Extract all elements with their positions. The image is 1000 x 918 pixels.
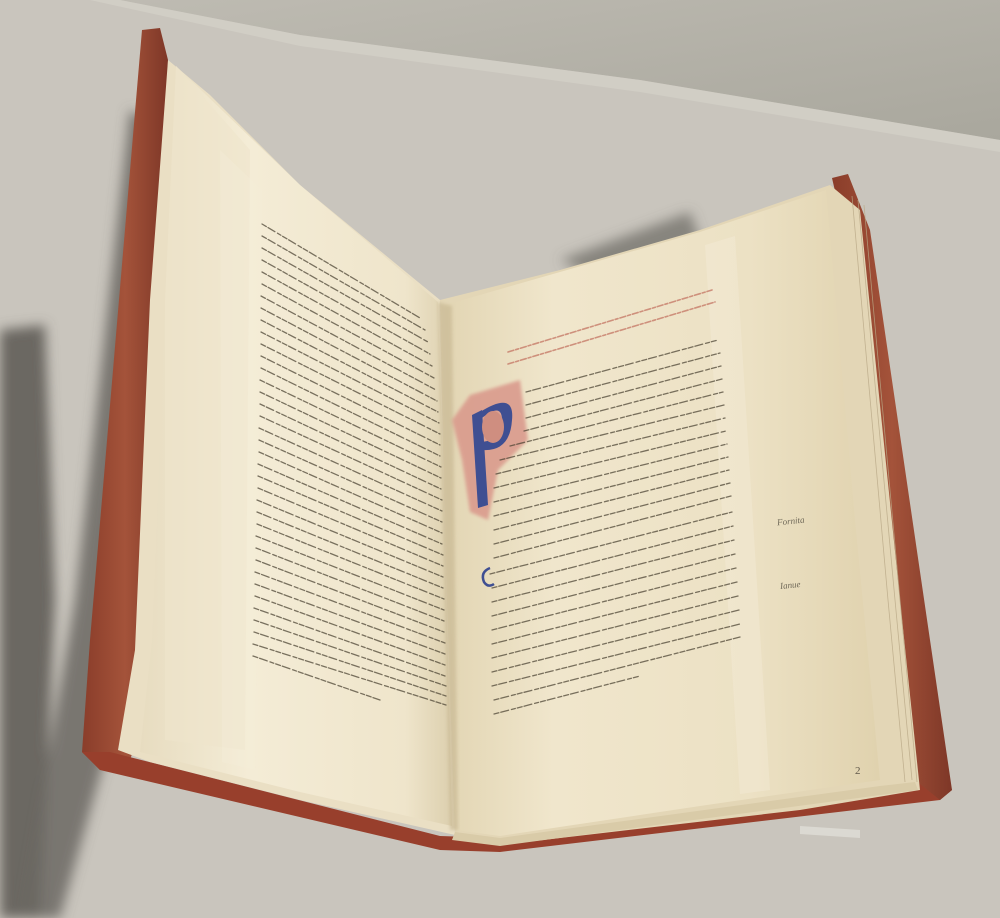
photo-scene: Fornita Ianue 2: [0, 0, 1000, 918]
manuscript-photo: [0, 0, 1000, 918]
right-page: [445, 190, 880, 836]
mount-strip-left: [220, 150, 262, 770]
